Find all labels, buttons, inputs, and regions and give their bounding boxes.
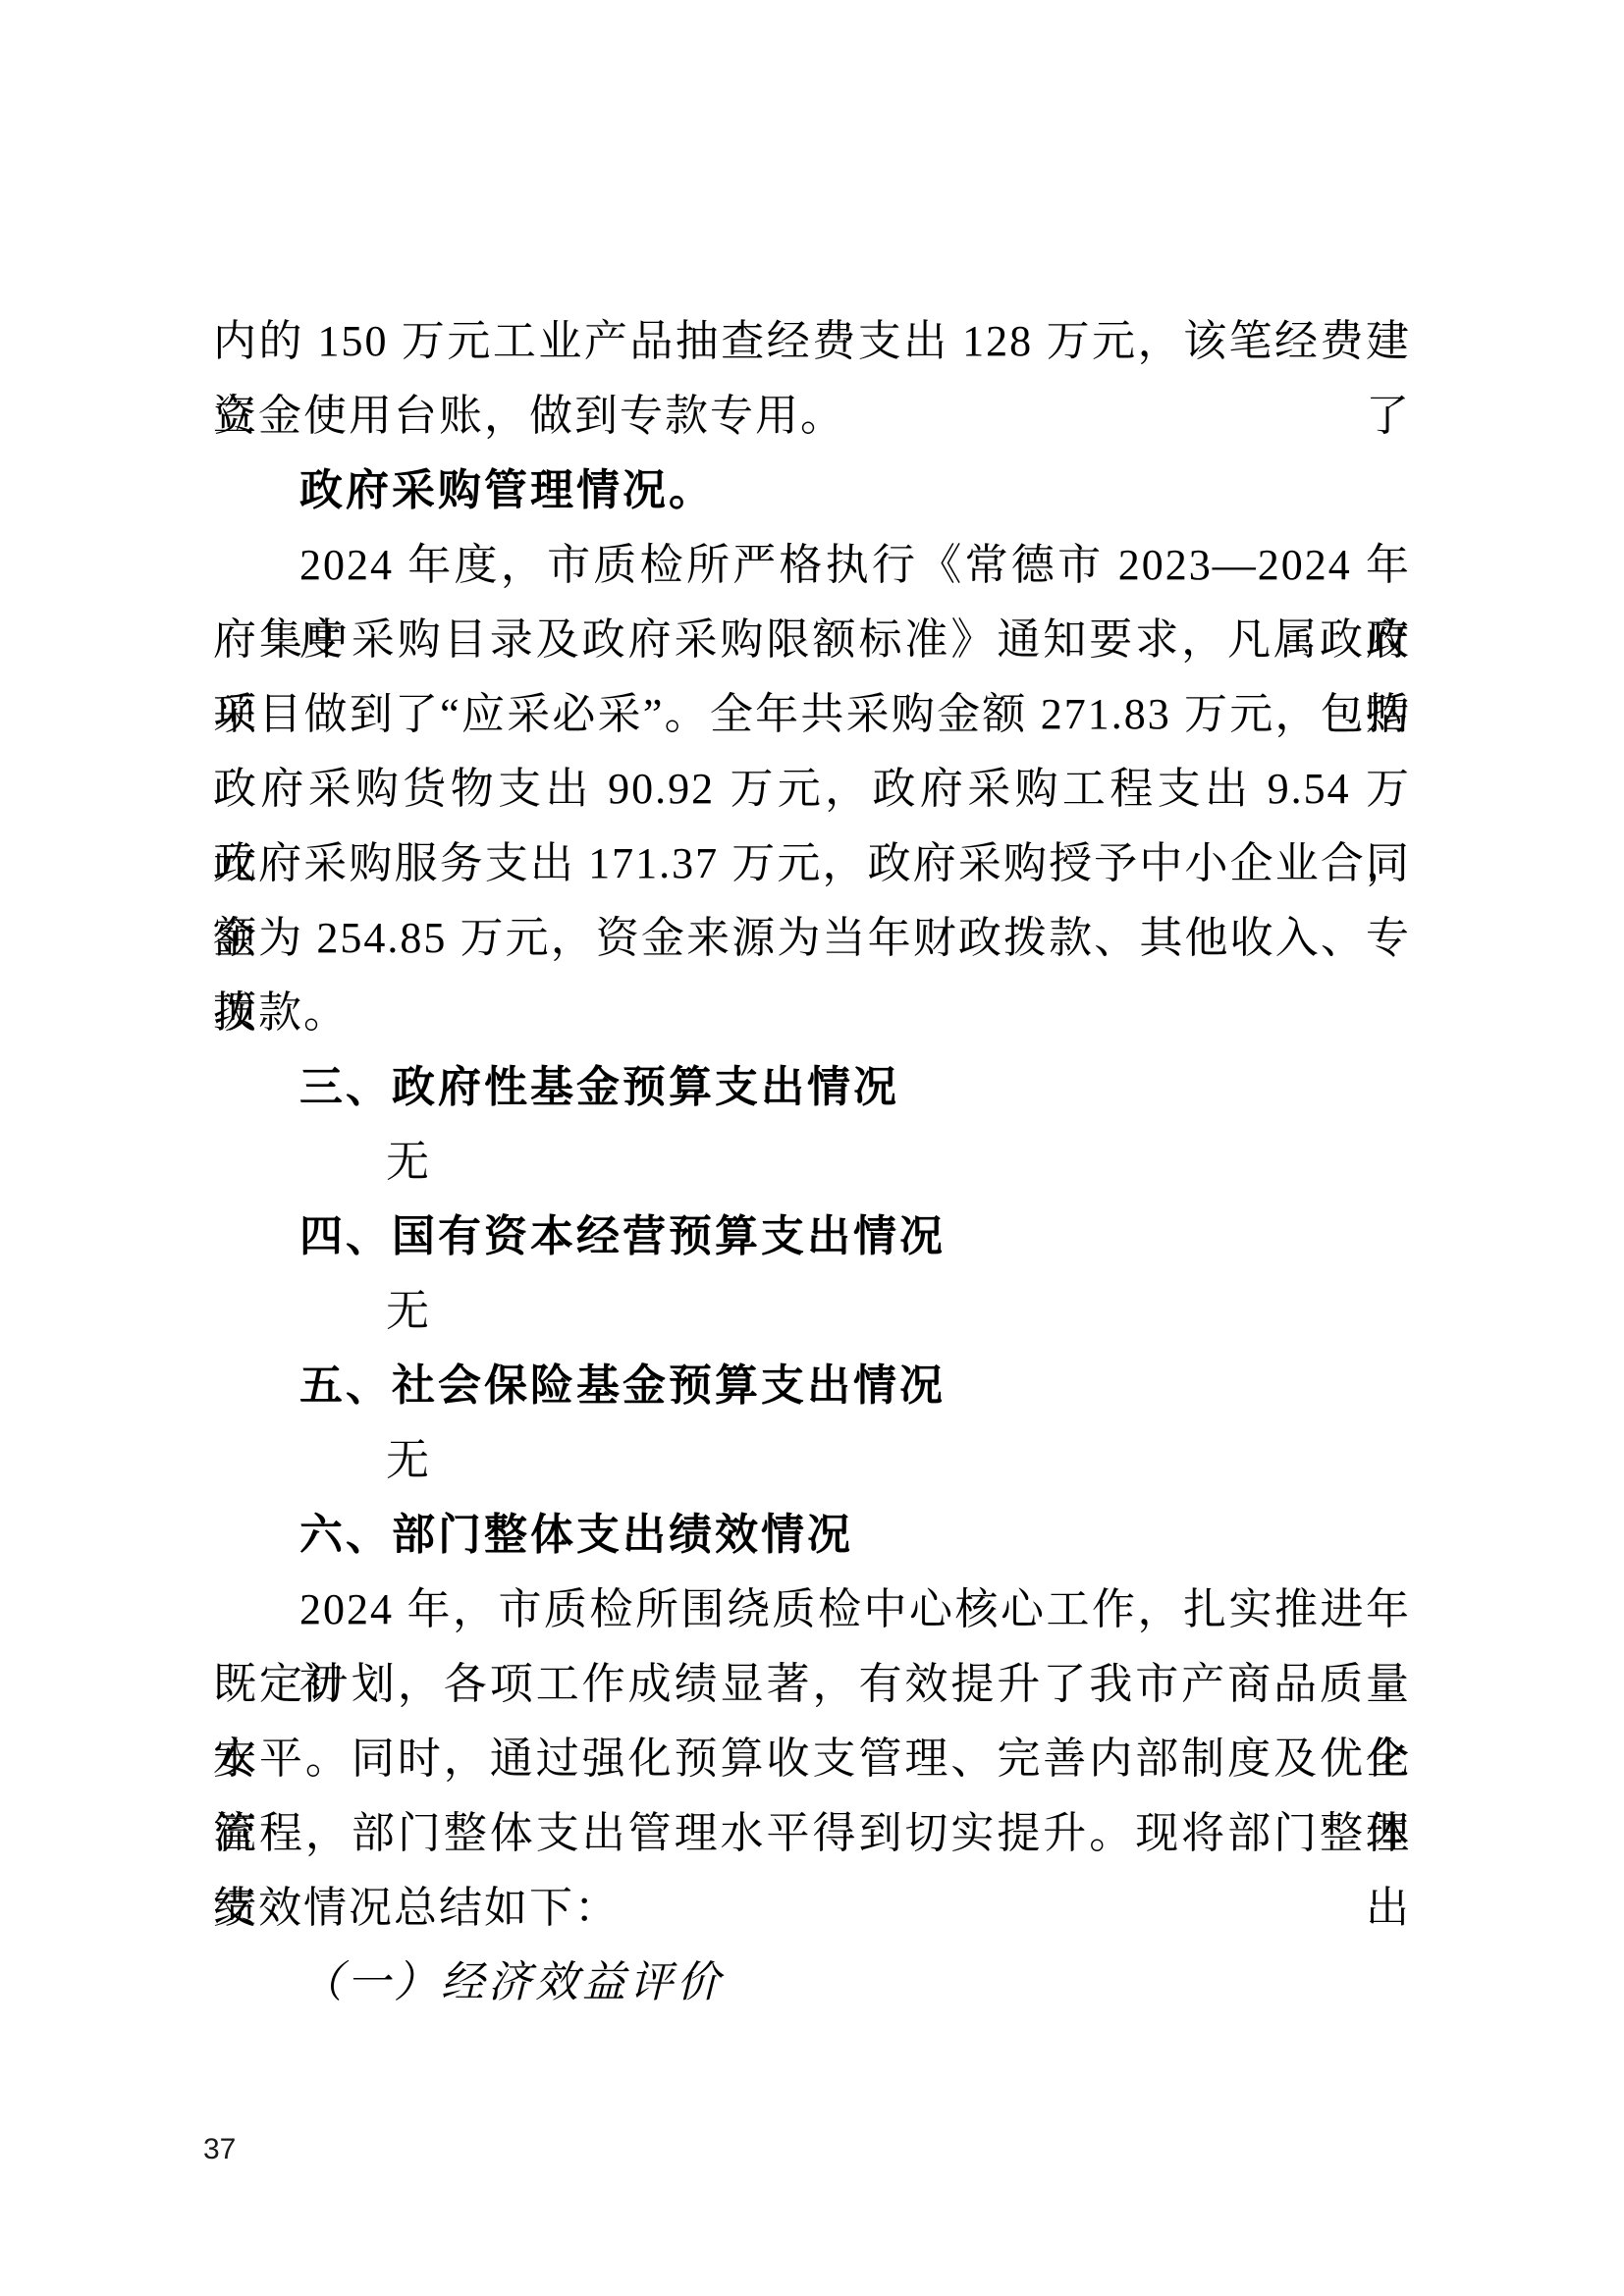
section-heading-4: 四、国有资本经营预算支出情况 <box>213 1200 1411 1274</box>
paragraph-line: 府集中采购目录及政府采购限额标准》通知要求，凡属政府采购 <box>213 603 1411 677</box>
none-text: 无 <box>213 1423 1411 1498</box>
none-text: 无 <box>213 1274 1411 1349</box>
paragraph-line: 2024 年，市质检所围绕质检中心核心工作，扎实推进年初 <box>213 1573 1411 1647</box>
paragraph-line: 2024 年度，市质检所严格执行《常德市 2023—2024 年度政 <box>213 528 1411 603</box>
document-content: 内的 150 万元工业产品抽查经费支出 128 万元，该笔经费建立了 资金使用台… <box>213 304 1411 2020</box>
section-heading-6: 六、部门整体支出绩效情况 <box>213 1498 1411 1573</box>
page-number: 37 <box>203 2132 236 2167</box>
subheading-economic-benefit: （一）经济效益评价 <box>213 1946 1411 2020</box>
section-heading-3: 三、政府性基金预算支出情况 <box>213 1050 1411 1125</box>
paragraph-line: 水平。同时，通过强化预算收支管理、完善内部制度及优化管理 <box>213 1722 1411 1796</box>
section-heading-5: 五、社会保险基金预算支出情况 <box>213 1349 1411 1423</box>
paragraph-line: 既定计划，各项工作成绩显著，有效提升了我市产商品质量安全 <box>213 1647 1411 1722</box>
paragraph-line: 内的 150 万元工业产品抽查经费支出 128 万元，该笔经费建立了 <box>213 304 1411 379</box>
paragraph-line: 政府采购货物支出 90.92 万元，政府采购工程支出 9.54 万元， <box>213 752 1411 827</box>
paragraph-line: 额为 254.85 万元，资金来源为当年财政拨款、其他收入、专项 <box>213 901 1411 976</box>
paragraph-line: 政府采购服务支出 171.37 万元，政府采购授予中小企业合同金 <box>213 827 1411 901</box>
paragraph-line: 拨款。 <box>213 976 1411 1050</box>
paragraph-line: 项目做到了“应采必采”。全年共采购金额 271.83 万元，包括 <box>213 677 1411 752</box>
document-page: 内的 150 万元工业产品抽查经费支出 128 万元，该笔经费建立了 资金使用台… <box>0 0 1624 2296</box>
none-text: 无 <box>213 1125 1411 1200</box>
paragraph-line: 流程，部门整体支出管理水平得到切实提升。现将部门整体支出 <box>213 1796 1411 1871</box>
subheading-procurement: 政府采购管理情况。 <box>213 454 1411 528</box>
